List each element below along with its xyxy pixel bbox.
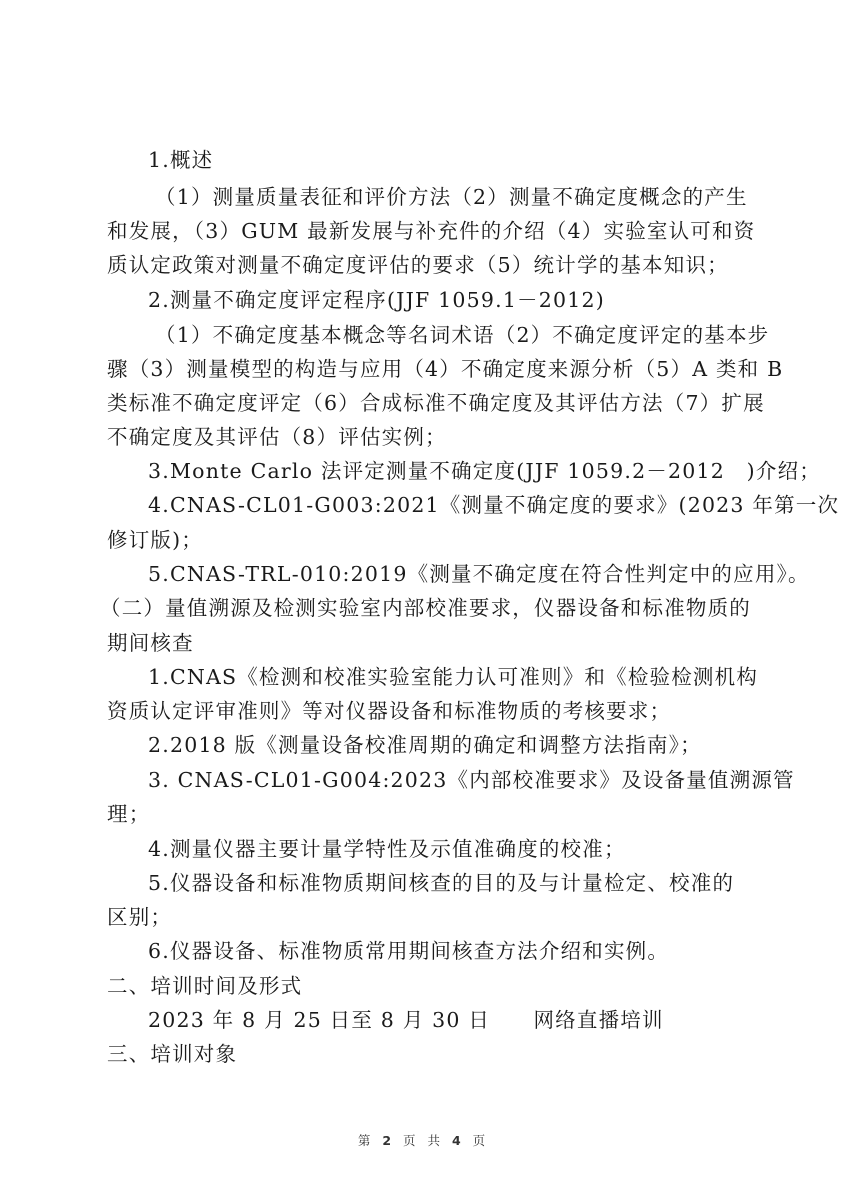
training-date-format: 2023 年 8 月 25 日至 8 月 30 日 网络直播培训 [148, 1005, 758, 1035]
list-item-cnas-g004: 3. CNAS-CL01-G004:2023《内部校准要求》及设备量值溯源管 [148, 765, 758, 795]
list-item-cnas-criteria: 1.CNAS《检测和校准实验室能力认可准则》和《检验检测机构 [148, 662, 758, 692]
document-page: 1.概述 （1）测量质量表征和评价方法（2）测量不确定度概念的产生 和发展，（3… [0, 0, 847, 1200]
paragraph-line: （1）测量质量表征和评价方法（2）测量不确定度概念的产生 [155, 182, 755, 212]
paragraph-line: 类标准不确定度评定（6）合成标准不确定度及其评估方法（7）扩展 [107, 388, 757, 418]
total-pages-number: 4 [452, 1133, 465, 1148]
paragraph-line: 期间核查 [107, 628, 757, 658]
paragraph-line: 理； [107, 799, 757, 829]
paragraph-line: 质认定政策对测量不确定度评估的要求（5）统计学的基本知识； [107, 250, 757, 280]
paragraph-line: 资质认定评审准则》等对仪器设备和标准物质的考核要求； [107, 696, 757, 726]
section-heading-training-audience: 三、培训对象 [107, 1039, 757, 1069]
list-item-intermediate-checks: 5.仪器设备和标准物质期间核查的目的及与计量检定、校准的 [148, 868, 758, 898]
list-item-calibration: 4.测量仪器主要计量学特性及示值准确度的校准； [148, 834, 758, 864]
list-item-check-methods: 6.仪器设备、标准物质常用期间核查方法介绍和实例。 [148, 936, 758, 966]
footer-middle: 页 共 [403, 1133, 444, 1148]
section-heading-uncertainty-procedure: 2.测量不确定度评定程序(JJF 1059.1－2012) [148, 285, 758, 315]
section-heading-training-time: 二、培训时间及形式 [107, 971, 757, 1001]
paragraph-line: 不确定度及其评估（8）评估实例； [107, 422, 757, 452]
section-heading-traceability: （二）量值溯源及检测实验室内部校准要求，仪器设备和标准物质的 [100, 593, 750, 623]
page-footer: 第 2 页 共 4 页 [0, 1131, 847, 1149]
list-item-2018-guide: 2.2018 版《测量设备校准周期的确定和调整方法指南》； [148, 730, 758, 760]
paragraph-line: 和发展，（3）GUM 最新发展与补充件的介绍（4）实验室认可和资 [107, 216, 757, 246]
paragraph-line: （1）不确定度基本概念等名词术语（2）不确定度评定的基本步 [155, 320, 755, 350]
list-item-cnas-trl-010: 5.CNAS-TRL-010:2019《测量不确定度在符合性判定中的应用》。 [148, 559, 758, 589]
current-page-number: 2 [382, 1133, 395, 1148]
list-item-cnas-g003: 4.CNAS-CL01-G003:2021《测量不确定度的要求》(2023 年第… [148, 490, 758, 520]
paragraph-line: 修订版)； [107, 525, 757, 555]
paragraph-line: 区别； [107, 902, 757, 932]
section-heading-overview: 1.概述 [148, 145, 758, 175]
footer-suffix: 页 [473, 1133, 490, 1148]
paragraph-line: 骤（3）测量模型的构造与应用（4）不确定度来源分析（5）A 类和 B [107, 354, 757, 384]
footer-prefix: 第 [358, 1133, 375, 1148]
list-item-monte-carlo: 3.Monte Carlo 法评定测量不确定度(JJF 1059.2－2012 … [148, 456, 758, 486]
